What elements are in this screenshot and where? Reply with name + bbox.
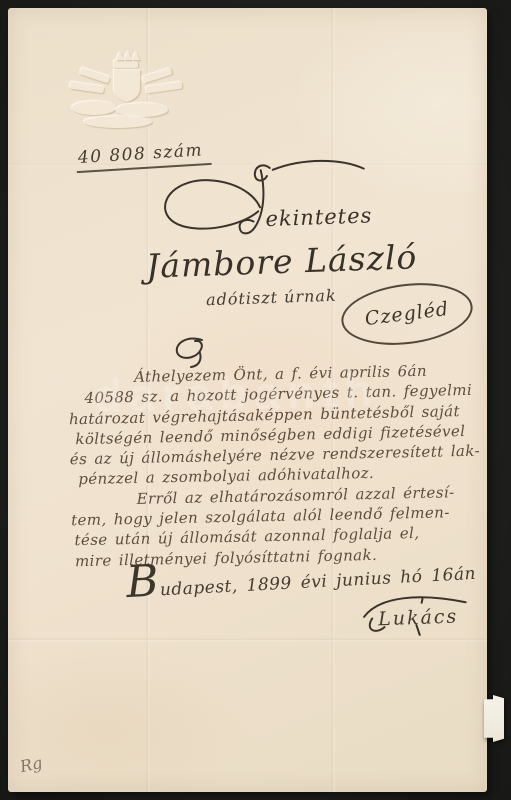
letter-body: Áthelyezem Önt, a f. évi aprilis 6án 405… xyxy=(68,360,480,571)
attached-tab xyxy=(484,695,504,742)
attached-tab-paper xyxy=(484,695,504,742)
embossed-seal-icon xyxy=(50,46,200,136)
recipient-city-oval: Czegléd xyxy=(338,276,476,352)
pencil-annotation: Rg xyxy=(18,753,44,776)
date-initial: B xyxy=(125,563,159,600)
fold-line-horizontal-1 xyxy=(8,638,487,642)
salutation-text: ekintetes xyxy=(265,203,373,231)
signature-name: Lukács xyxy=(378,606,459,631)
recipient-title: adótiszt úrnak xyxy=(206,286,337,310)
recipient-city: Czegléd xyxy=(364,298,451,330)
recipient-name: Jámbore László xyxy=(145,237,418,285)
photo-background: 40 808 szám ekintetes Jámbore László adó… xyxy=(0,0,511,800)
letter-paper: 40 808 szám ekintetes Jámbore László adó… xyxy=(8,8,487,792)
signature-block: Lukács xyxy=(355,589,476,638)
